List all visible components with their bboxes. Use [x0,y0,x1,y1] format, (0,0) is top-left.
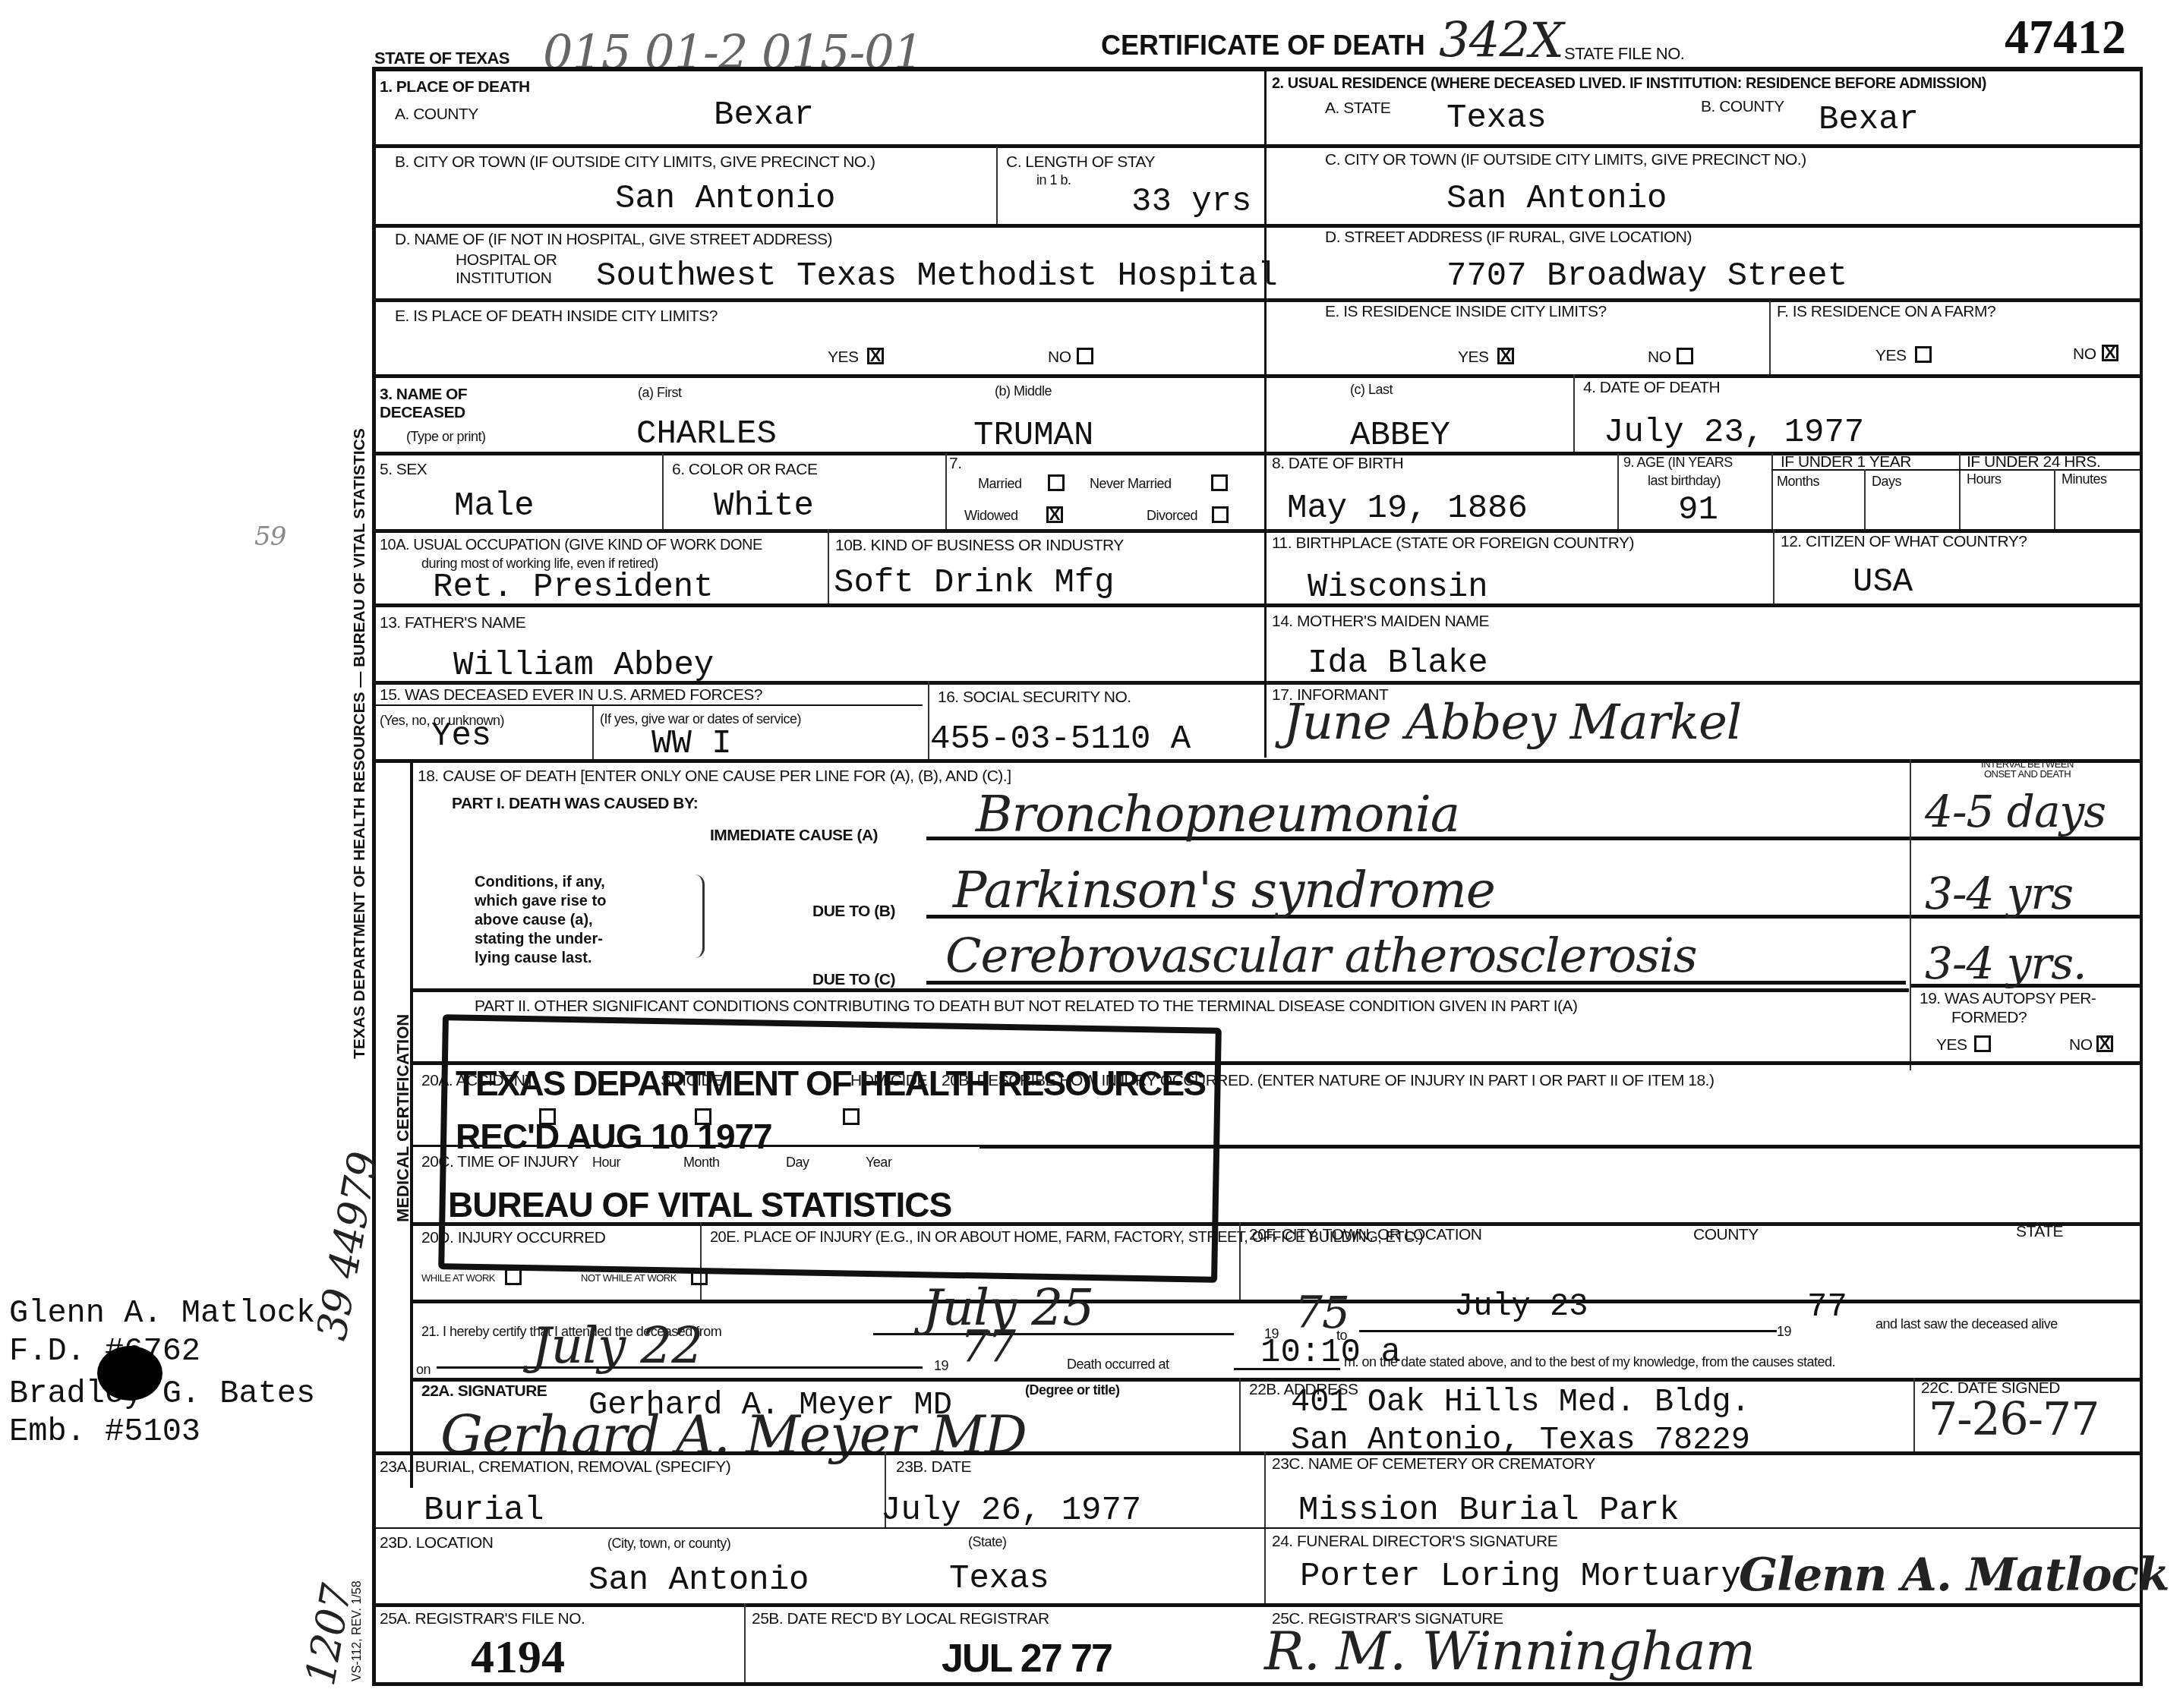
no-label: NO [1648,348,1671,366]
res-farm-label: f. IS RESIDENCE ON A FARM? [1777,304,1995,320]
frame-top [372,67,2141,71]
cause-b: Parkinson's syndrome [953,865,1495,915]
autopsy-yes[interactable]: YES [1936,1037,1967,1054]
months-label: Months [1777,474,1819,488]
divider [1771,453,1773,529]
no-checkbox[interactable] [1077,348,1093,364]
autopsy-label: 19. WAS AUTOPSY PER- [1920,991,2096,1007]
row-line [372,1527,2141,1529]
margin-note-3: Bradley G. Bates [9,1375,315,1413]
divider [1773,529,1774,603]
funeral-director-label: 24. FUNERAL DIRECTOR'S SIGNATURE [1272,1533,1557,1549]
last-name: ABBEY [1350,419,1450,452]
location-state-label: (State) [968,1535,1007,1549]
divider [1617,453,1619,529]
divider [928,681,929,759]
cemetery-name: Mission Burial Park [1298,1494,1680,1527]
divider [744,1603,746,1682]
divider [1239,1222,1241,1302]
age-label: 9. AGE (In years [1623,455,1733,469]
state-file-number: 47412 [2005,9,2126,65]
injury-county-label: COUNTY [1693,1227,1759,1243]
cemetery-label: 23c. NAME OF CEMETERY OR CREMATORY [1272,1456,1595,1472]
divider [1769,301,1771,374]
death-at-suffix: m. on the date stated above, and to the … [1344,1355,1835,1369]
death-at-label: Death occurred at [1067,1357,1169,1371]
funeral-home: Porter Loring Mortuary [1300,1560,1741,1593]
res-county: Bexar [1819,103,1919,137]
inside-limits-label: e. IS PLACE OF DEATH INSIDE CITY LIMITS? [395,308,718,324]
never-married-checkbox[interactable] [1211,474,1228,491]
interval-c: 3-4 yrs. [1925,941,2087,985]
informant-signature: June Abbey Markel [1283,698,1741,747]
attended-to: July 23 [1454,1290,1588,1322]
hospital-label-3: INSTITUTION [456,270,551,286]
res-inside-limits-label: e. IS RESIDENCE INSIDE CITY LIMITS? [1325,304,1607,320]
father-name: William Abbey [453,649,714,682]
never-married-label: Never Married [1090,476,1172,491]
location-city-label: (City, town, or county) [607,1536,730,1550]
divorced-label: Divorced [1147,508,1197,523]
armed-forces-label: 15. WAS DECEASED EVER IN U.S. ARMED FORC… [380,687,762,703]
attended-to-year: 77 [1807,1290,1847,1324]
interval-divider [1910,759,1911,1070]
social-security-number: 455-03-5110 A [930,723,1191,756]
res-state: Texas [1446,102,1547,135]
margin-note-4: Emb. #5103 [9,1413,315,1451]
registrar-signature: R. M. Winningham [1264,1624,1755,1678]
length-of-stay: 33 yrs [1131,185,1251,219]
sex-label: 5. SEX [380,462,427,477]
registrar-file-label: 25a. REGISTRAR'S FILE NO. [380,1611,585,1627]
cause-c: Cerebrovascular atherosclerosis [945,932,1697,979]
date-of-death: July 23, 1977 [1604,416,1864,449]
part2-label: PART II. OTHER SIGNIFICANT CONDITIONS CO… [475,998,1578,1014]
certificate-title: CERTIFICATE OF DEATH [1101,32,1425,59]
divider [592,706,594,759]
divider [2054,469,2055,529]
burial-date: July 26, 1977 [881,1494,1141,1527]
race: White [714,490,814,523]
hospital-label-2: HOSPITAL OR [456,252,557,268]
immediate-cause-label: IMMEDIATE CAUSE (a) [710,827,878,843]
physician-address: 401 Oak Hills Med. Bldg. San Antonio, Te… [1291,1383,1750,1460]
while-at-work-checkbox[interactable] [505,1268,522,1285]
under-day-label: IF UNDER 24 HRS. [1967,454,2100,470]
cause-a: Bronchopneumonia [976,789,1459,840]
margin-note-2: F.D. #6762 [9,1332,315,1370]
row-line [372,298,2141,302]
row-line [372,1451,2141,1455]
citizen: USA [1853,566,1913,599]
age-label-2: last birthday) [1648,474,1721,487]
occupation: Ret. President [433,571,714,604]
res-inside-no[interactable]: NO [1648,349,1671,366]
stamp-line-1: TEXAS DEPARTMENT OF HEALTH RESOURCES [456,1063,1200,1104]
yes-label: YES [828,348,859,366]
row-line [413,988,1909,992]
ssn-label: 16. SOCIAL SECURITY NO. [938,689,1131,705]
name-sub-label: (Type or print) [406,430,486,443]
dod-label: 4. DATE OF DEATH [1583,380,1720,395]
location-state: Texas [949,1562,1049,1596]
married-label: Married [978,476,1022,491]
res-inside-yes[interactable]: YES X [1458,349,1489,366]
last-label: (c) Last [1350,383,1393,396]
citizen-label: 12. CITIZEN OF WHAT COUNTRY? [1781,534,2027,550]
not-while-at-work-label: NOT WHILE AT WORK [581,1272,677,1284]
war-sub-label: (If yes, give war or dates of service) [600,712,801,726]
divorced-checkbox[interactable] [1212,506,1229,523]
registrar-file-number: 4194 [471,1631,565,1684]
city-label: b. CITY OR TOWN (If outside city limits,… [395,154,875,170]
divider [945,453,947,529]
hours-label: Hours [1967,472,2002,486]
stamp-line-3: BUREAU OF VITAL STATISTICS [448,1184,951,1225]
divider [996,147,998,224]
burial-date-label: 23b. DATE [896,1459,971,1475]
frame-left [372,67,376,1685]
widowed-label: Widowed [964,508,1018,523]
yes-label: YES [1875,347,1907,364]
medical-certification-label: MEDICAL CERTIFICATION [393,1014,413,1222]
state-file-label: STATE FILE NO. [1564,46,1684,62]
due-to-b-label: DUE TO (b) [812,903,895,919]
cause-of-death-label: 18. CAUSE OF DEATH [Enter only one cause… [418,768,1011,784]
funeral-director-signature: Glenn A. Matlock [1739,1552,2169,1598]
burial-method: Burial [424,1494,544,1527]
father-label: 13. FATHER'S NAME [380,615,525,631]
days-label: Days [1872,474,1901,488]
middle-label: (b) Middle [995,384,1052,398]
no-checkbox[interactable]: X [2096,1035,2113,1052]
row-line [372,1603,2141,1607]
race-label: 6. COLOR OR RACE [672,462,818,477]
column-divider [1264,67,1267,758]
last-saw-label: and last saw the deceased alive [1875,1317,2058,1331]
county-label: a. COUNTY [395,106,478,122]
handwritten-small-number: 59 [254,524,285,550]
divider [828,529,829,603]
divider [1959,453,1961,529]
last-saw-date: July 22 [532,1321,702,1371]
handwritten-bottom-number: 1207 [300,1582,358,1689]
while-at-work-label: WHILE AT WORK [421,1272,495,1284]
sex: Male [454,490,535,523]
row-line [372,144,2141,148]
yes-label: YES [1936,1036,1967,1054]
row-line [413,1300,2141,1303]
date-signed: 7-26-77 [1929,1397,2099,1442]
state-label: STATE OF TEXAS [374,50,509,67]
res-street: 7707 Broadway Street [1446,260,1847,293]
stay-sub-label: in 1 b. [1036,173,1071,187]
date-received-label: 25b. DATE REC'D BY LOCAL REGISTRAR [752,1611,1049,1627]
res-city-label: c. CITY OR TOWN (If outside city limits,… [1325,152,1806,168]
yes-checkbox[interactable]: X [867,348,884,364]
date-of-birth: May 19, 1886 [1287,492,1528,525]
yes-checkbox[interactable] [1915,346,1932,363]
usual-residence-label: 2. USUAL RESIDENCE (Where deceased lived… [1272,76,1986,91]
minutes-label: Minutes [2062,472,2107,486]
yes-checkbox[interactable] [1974,1035,1991,1052]
death-county: Bexar [714,99,814,132]
no-checkbox[interactable] [1677,348,1693,364]
while-at-work[interactable]: WHILE AT WORK [421,1272,495,1285]
interval-b: 3-4 yrs [1925,871,2073,915]
row-line [372,759,2141,763]
middle-name: TRUMAN [973,419,1093,452]
stamp-line-2: REC'D AUG 10 1977 [456,1116,772,1157]
divider [662,453,664,529]
conditions-note: Conditions, if any, which gave rise to a… [475,873,606,968]
blank-line [1359,1330,1777,1332]
divider [1573,374,1575,452]
farm-no[interactable]: NO X [2073,346,2096,363]
sub-line [376,704,923,706]
autopsy-no[interactable]: NO X [2069,1037,2093,1054]
first-name: CHARLES [636,418,777,451]
interval-label: INTERVAL BETWEEN ONSET AND DEATH [1967,759,2088,779]
not-while-at-work[interactable]: NOT WHILE AT WORK [581,1272,677,1285]
res-city: San Antonio [1446,182,1667,216]
widowed-checkbox[interactable]: X [1046,506,1063,523]
hospital-label: d. NAME OF (If not in hospital, give str… [395,232,832,247]
res-street-label: d. STREET ADDRESS (If rural, give locati… [1325,229,1692,245]
inside-limits-no[interactable]: NO [1048,349,1071,366]
farm-yes[interactable]: YES [1875,348,1907,364]
no-checkbox[interactable]: X [2102,345,2118,361]
war-service: WW I [651,727,732,761]
redaction-blot [97,1346,162,1401]
birthplace: Wisconsin [1308,571,1488,604]
last-saw-year: 77 [961,1325,1015,1369]
autopsy-label-2: FORMED? [1951,1010,2027,1026]
yes-label: YES [1458,348,1489,366]
address-line-1: 401 Oak Hills Med. Bldg. [1291,1383,1750,1421]
divider [1864,469,1866,529]
margin-note-1: Glenn A. Matlock [9,1294,315,1332]
first-label: (a) First [638,386,682,399]
no-label: NO [1048,348,1071,366]
no-label: NO [2069,1036,2093,1054]
location-city: San Antonio [588,1564,809,1597]
brace [695,874,705,958]
location-label: 23d. LOCATION [380,1535,493,1551]
business-label: 10b. KIND OF BUSINESS OR INDUSTRY [835,537,1124,553]
occupation-label: 10a. USUAL OCCUPATION (Give kind of work… [380,537,762,553]
frame-right [2140,67,2143,1685]
marital-divorced[interactable]: Divorced [1147,509,1197,524]
death-city: San Antonio [615,182,835,216]
interval-a: 4-5 days [1925,789,2106,834]
armed-forces: Yes [431,720,491,753]
stay-label: c. LENGTH OF STAY [1006,154,1155,170]
no-label: NO [2073,345,2096,363]
injury-city-label: 20f. CITY, TOWN, OR LOCATION [1249,1227,1482,1243]
dob-label: 8. DATE OF BIRTH [1272,455,1403,471]
place-of-death-label: 1. PLACE OF DEATH [380,79,530,95]
row-line [372,374,2141,378]
res-county-label: b. COUNTY [1701,99,1784,115]
birthplace-label: 11. BIRTHPLACE (State or foreign country… [1272,535,1634,551]
marital-never[interactable]: Never Married [1090,477,1172,492]
divider [1913,1378,1915,1454]
mother-name: Ida Blake [1308,647,1488,680]
date-received: JUL 27 77 [942,1636,1112,1681]
frame-bottom [372,1682,2143,1686]
marital-label: 7. [949,455,962,471]
sub-line [1771,469,2141,471]
business: Soft Drink Mfg [834,566,1115,600]
inside-limits-yes[interactable]: YES X [828,349,859,366]
marital-married[interactable]: Married [978,477,1022,492]
marital-widowed[interactable]: Widowed X [964,509,1018,524]
last-saw-year-prefix: 19 [934,1359,948,1372]
mother-label: 14. MOTHER'S MAIDEN NAME [1272,613,1489,629]
yes-checkbox[interactable]: X [1497,348,1514,364]
hospital-name: Southwest Texas Methodist Hospital [596,260,1278,293]
injury-state-label: STATE [2016,1224,2063,1240]
res-state-label: a. STATE [1325,100,1390,116]
under-year-label: IF UNDER 1 YEAR [1781,454,1911,470]
due-to-c-label: DUE TO (c) [812,972,895,988]
row-line [372,224,2141,228]
burial-label: 23a. BURIAL, CREMATION, REMOVAL (Specify… [380,1459,730,1475]
handwritten-title-note: 342X [1439,17,1563,65]
married-checkbox[interactable] [1048,474,1065,491]
on-label: on [416,1363,431,1376]
name-label: 3. NAME OF DECEASED [380,386,486,422]
age: 91 [1678,493,1718,527]
signature-label: 22a. SIGNATURE [421,1383,547,1399]
to-year-prefix: 19 [1777,1325,1791,1338]
divider [1239,1378,1241,1454]
degree-label: (Degree or title) [1025,1383,1120,1397]
side-title: TEXAS DEPARTMENT OF HEALTH RESOURCES — B… [351,428,369,1059]
part1-label: PART I. DEATH WAS CAUSED BY: [452,796,698,811]
